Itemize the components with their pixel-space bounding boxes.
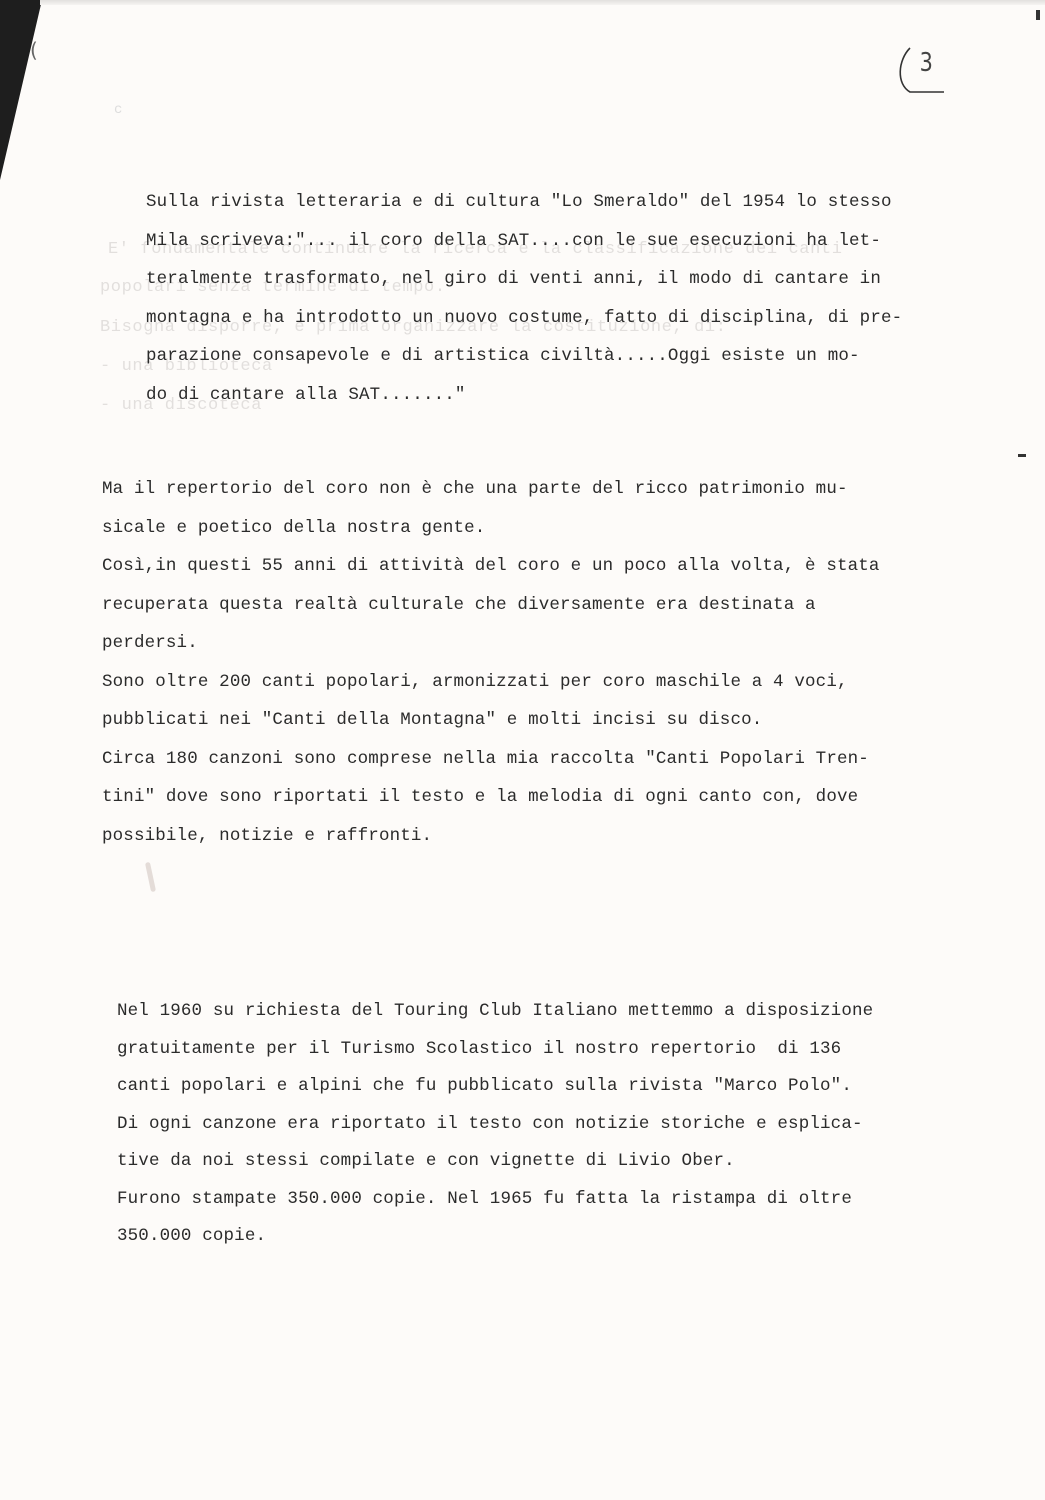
- ink-smudge: [145, 862, 156, 892]
- text-line: Furono stampate 350.000 copie. Nel 1965 …: [117, 1181, 873, 1219]
- paragraph-touring-club: Nel 1960 su richiesta del Touring Club I…: [117, 993, 873, 1256]
- text-line: sicale e poetico della nostra gente.: [102, 509, 880, 548]
- text-line: recuperata questa realtà culturale che d…: [102, 586, 880, 625]
- text-line: Sulla rivista letteraria e di cultura "L…: [146, 183, 902, 222]
- margin-mark: (: [30, 38, 38, 62]
- text-line: Ma il repertorio del coro non è che una …: [102, 470, 880, 509]
- page-number-handwritten: 3: [880, 40, 950, 100]
- scan-dark-corner: [0, 0, 42, 180]
- text-line: parazione consapevole e di artistica civ…: [146, 337, 902, 376]
- text-line: canti popolari e alpini che fu pubblicat…: [117, 1068, 873, 1106]
- paragraph-mila-quote: Sulla rivista letteraria e di cultura "L…: [146, 183, 902, 414]
- page-number: 3: [920, 48, 933, 78]
- text-line: montagna e ha introdotto un nuovo costum…: [146, 299, 902, 338]
- text-line: possibile, notizie e raffronti.: [102, 817, 880, 856]
- text-line: tive da noi stessi compilate e con vigne…: [117, 1143, 873, 1181]
- paragraph-repertoire: Ma il repertorio del coro non è che una …: [102, 470, 880, 855]
- text-line: do di cantare alla SAT.......": [146, 376, 902, 415]
- scan-top-edge: [40, 0, 1045, 5]
- text-line: Così,in questi 55 anni di attività del c…: [102, 547, 880, 586]
- text-line: Circa 180 canzoni sono comprese nella mi…: [102, 740, 880, 779]
- faint-mark: c: [114, 102, 122, 118]
- text-line: perdersi.: [102, 624, 880, 663]
- text-line: 350.000 copie.: [117, 1218, 873, 1256]
- text-line: Mila scriveva:"... il coro della SAT....…: [146, 222, 902, 261]
- text-line: pubblicati nei "Canti della Montagna" e …: [102, 701, 880, 740]
- text-line: gratuitamente per il Turismo Scolastico …: [117, 1031, 873, 1069]
- text-line: Di ogni canzone era riportato il testo c…: [117, 1106, 873, 1144]
- text-line: Nel 1960 su richiesta del Touring Club I…: [117, 993, 873, 1031]
- edge-mark: [1036, 10, 1040, 20]
- edge-mark: [1018, 454, 1026, 457]
- text-line: Sono oltre 200 canti popolari, armonizza…: [102, 663, 880, 702]
- text-line: tini" dove sono riportati il testo e la …: [102, 778, 880, 817]
- text-line: teralmente trasformato, nel giro di vent…: [146, 260, 902, 299]
- circle-bracket-icon: [880, 40, 950, 100]
